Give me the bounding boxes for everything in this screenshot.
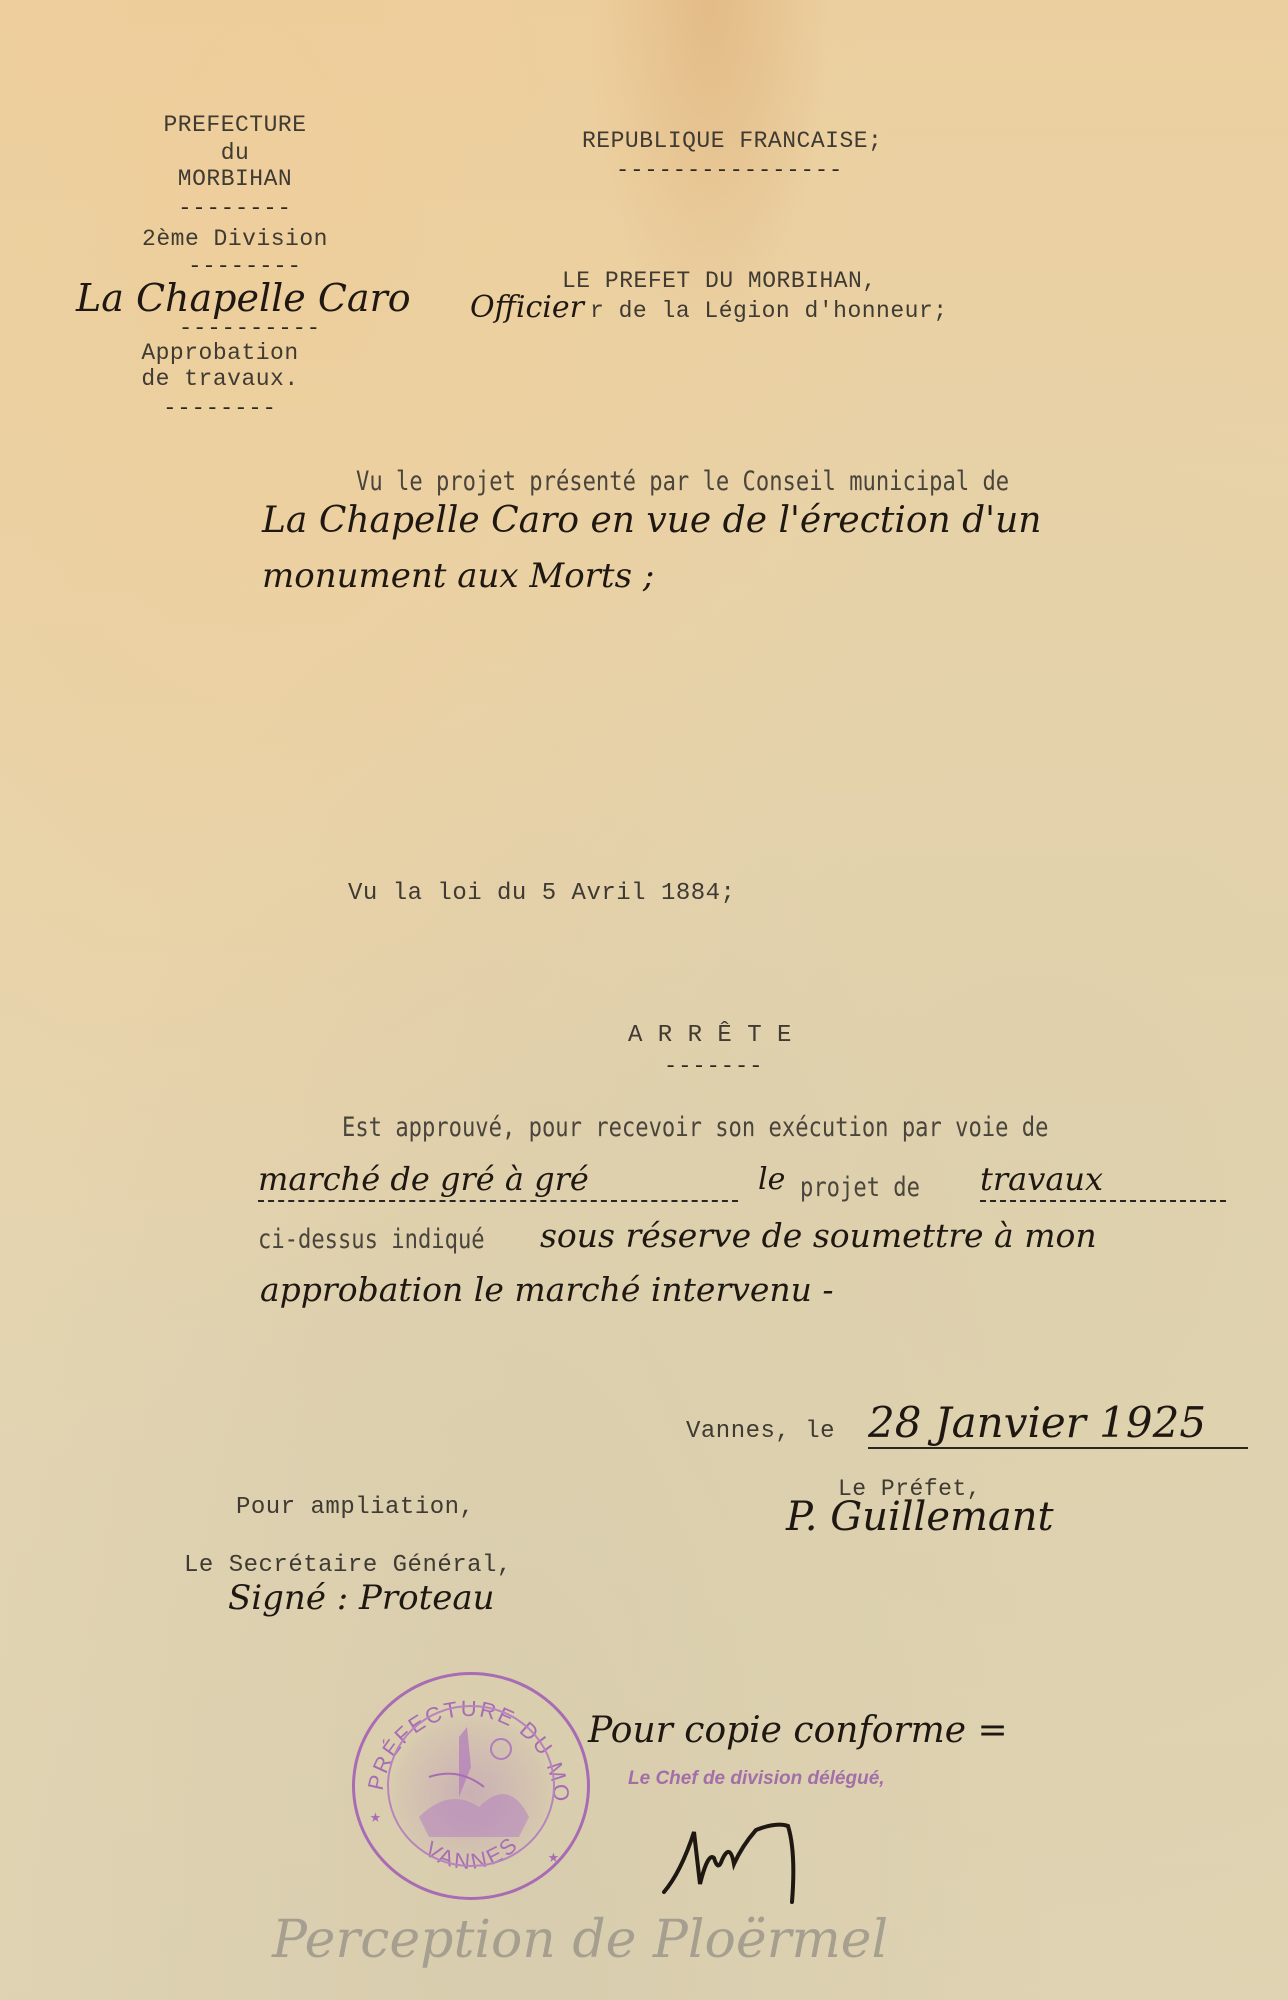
prefecture-stamp: PRÉFECTURE DU MORBIHAN VANNES ★ ★ <box>352 1672 590 1900</box>
secretary-label: Le Secrétaire Général, <box>184 1552 512 1579</box>
date-handwritten: 28 Janvier 1925 <box>868 1398 1248 1449</box>
copy-conforme: Pour copie conforme = <box>588 1710 1008 1751</box>
vu-loi: Vu la loi du 5 Avril 1884; <box>348 880 735 907</box>
place-typed: Vannes, le <box>686 1418 835 1445</box>
rank-handwritten: Officier <box>470 290 584 325</box>
prefect-title: LE PREFET DU MORBIHAN, <box>562 268 877 294</box>
subject-line-2: de travaux. <box>110 366 330 392</box>
arrete-title: A R R Ê T E <box>628 1022 792 1049</box>
prefecture-du: du <box>135 140 335 166</box>
prefecture-label: PREFECTURE <box>135 112 335 138</box>
republic-title: REPUBLIQUE FRANCAISE; <box>582 128 882 154</box>
legion-honneur-line: r de la Légion d'honneur; <box>590 298 948 324</box>
pencil-note: Perception de Ploërmel <box>272 1910 888 1970</box>
secretary-signed: Signé : Proteau <box>228 1578 495 1618</box>
prefect-signature: P. Guillemant <box>786 1494 1054 1540</box>
prefecture-department: MORBIHAN <box>135 166 335 192</box>
svg-text:★: ★ <box>370 1808 381 1828</box>
type-handwritten: travaux <box>980 1160 1226 1202</box>
vu-projet-typed: Vu le projet présenté par le Conseil mun… <box>356 466 1009 497</box>
separator: -------- <box>120 396 320 421</box>
vu-projet-handwritten-2: monument aux Morts ; <box>262 556 654 596</box>
arrete-separator: ------- <box>664 1054 763 1079</box>
separator: -------- <box>135 196 335 221</box>
reserve-handwritten-2: approbation le marché intervenu - <box>260 1270 834 1309</box>
le-handwritten: le <box>758 1162 785 1197</box>
subject-line-1: Approbation <box>110 340 330 366</box>
reserve-handwritten: sous réserve de soumettre à mon <box>540 1216 1097 1255</box>
division-label: 2ème Division <box>100 226 370 252</box>
separator: ---------- <box>140 316 360 341</box>
mode-handwritten: marché de gré à gré <box>258 1160 738 1202</box>
ampliation-label: Pour ampliation, <box>236 1494 474 1521</box>
approuve-typed: Est approuvé, pour recevoir son exécutio… <box>342 1112 1048 1143</box>
projet-de-typed: projet de <box>800 1172 920 1203</box>
stamp-emblem-icon <box>387 1705 555 1867</box>
ci-dessus-typed: ci-dessus indiqué <box>258 1224 485 1255</box>
separator: ---------------- <box>616 158 843 183</box>
chef-division-stamp: Le Chef de division délégué, <box>628 1768 885 1790</box>
vu-projet-handwritten-1: La Chapelle Caro en vue de l'érection d'… <box>262 500 1041 541</box>
commune-handwritten: La Chapelle Caro <box>76 276 411 320</box>
